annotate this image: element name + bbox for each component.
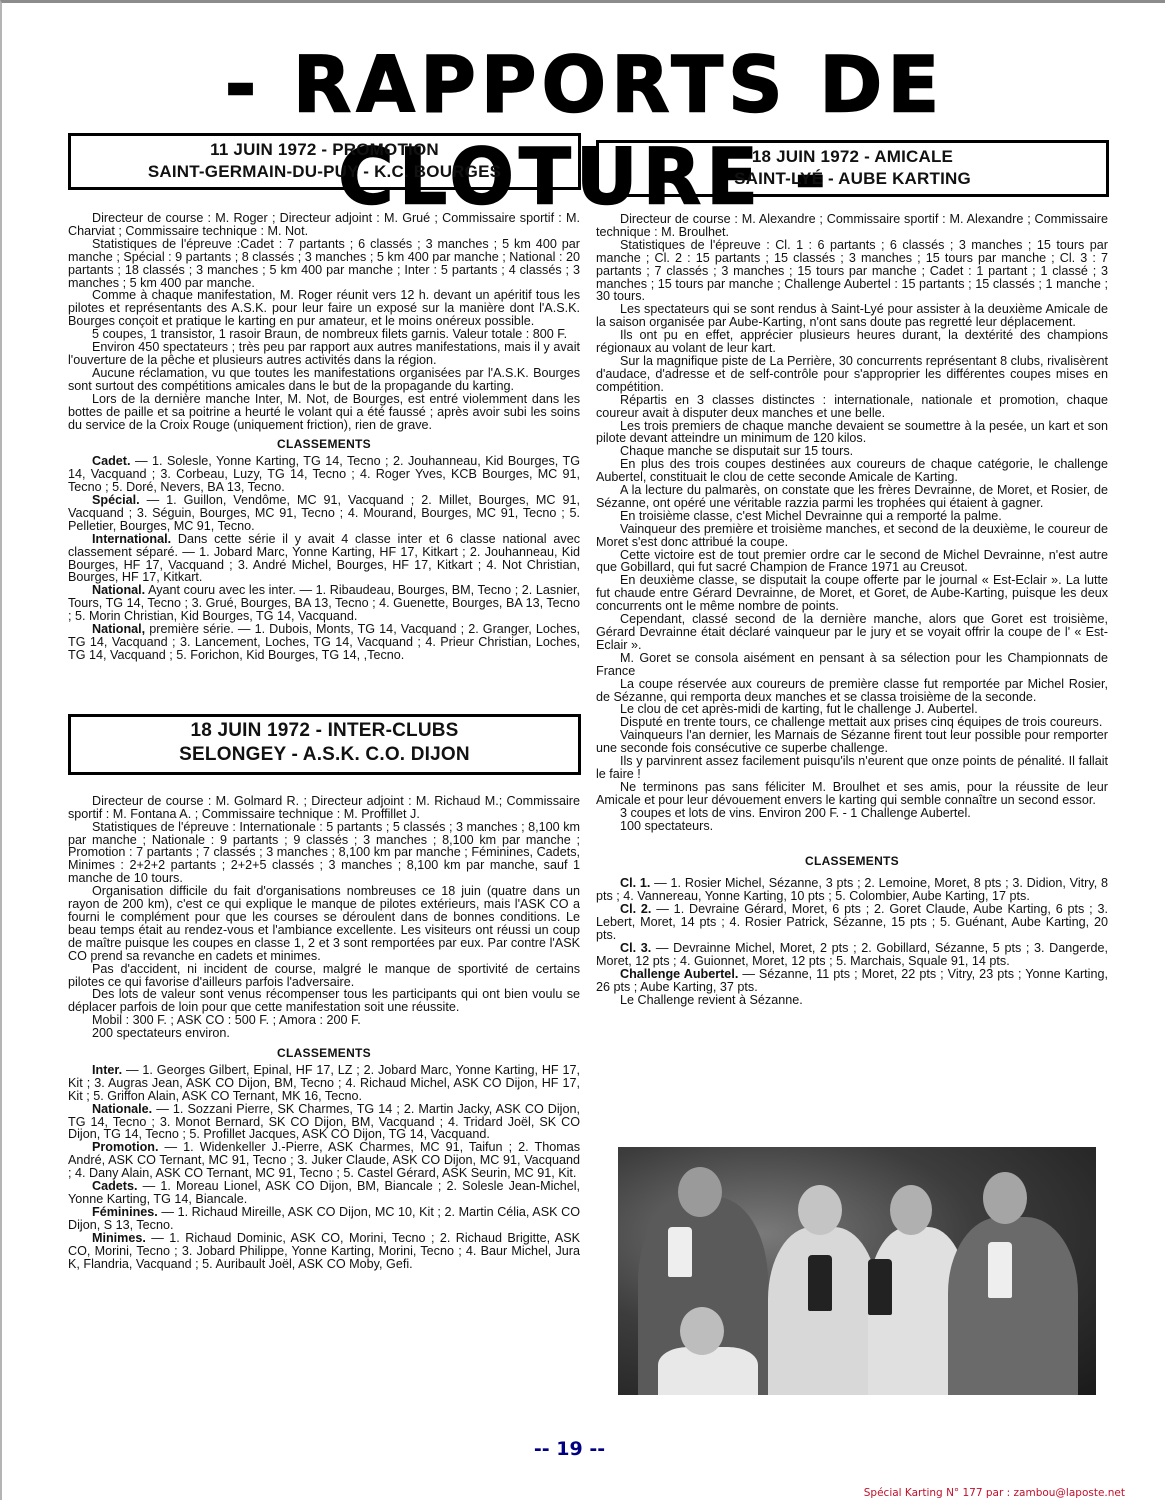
classement-entry: National. Ayant couru avec les inter. — … (68, 584, 580, 623)
figure-driver-4 (948, 1217, 1078, 1395)
paragraph: En plus des trois coupes destinées aux c… (596, 458, 1108, 484)
classement-entry: Cl. 3. — Devrainne Michel, Moret, 2 pts … (596, 942, 1108, 968)
right-column: 18 JUIN 1972 - AMICALE SAINT-LYÉ - AUBE … (596, 133, 1108, 1006)
report-body-promotion: Directeur de course : M. Roger ; Directe… (68, 212, 580, 662)
paragraph: Statistiques de l'épreuve : Internationa… (68, 821, 580, 886)
classement-entry: Spécial. — 1. Guillon, Vendôme, MC 91, V… (68, 494, 580, 533)
classement-entry: Féminines. — 1. Richaud Mireille, ASK CO… (68, 1206, 580, 1232)
page-number: -- 19 -- (0, 1438, 1127, 1460)
paragraph: Des lots de valeur sont venus récompense… (68, 988, 580, 1014)
left-column: 11 JUIN 1972 - PROMOTION SAINT-GERMAIN-D… (68, 133, 580, 1270)
classement-text: Ayant couru avec les inter. — 1. Ribaude… (68, 583, 580, 623)
classement-text: — 1. Rosier Michel, Sézanne, 3 pts ; 2. … (596, 876, 1108, 903)
category-label: Cl. 3. (620, 941, 651, 955)
paragraph: A la lecture du palmarès, on constate qu… (596, 484, 1108, 510)
category-label: International. (92, 532, 171, 546)
figure-head-5 (680, 1307, 724, 1355)
classement-entry: Minimes. — 1. Richaud Dominic, ASK CO, M… (68, 1232, 580, 1271)
category-label: Cl. 1. (620, 876, 650, 890)
paragraph: 3 coupes et lots de vins. Environ 200 F.… (596, 807, 1108, 820)
paragraph: Les trois premiers de chaque manche deva… (596, 420, 1108, 446)
figure-driver-2 (768, 1227, 878, 1395)
classement-entry: Nationale. — 1. Sozzani Pierre, SK Charm… (68, 1103, 580, 1142)
drivers-trophy-photo (618, 1147, 1096, 1395)
category-label: Cadets. (92, 1179, 138, 1193)
closing-line: Le Challenge revient à Sézanne. (596, 994, 1108, 1007)
paragraph: M. Goret se consola aisément en pensant … (596, 652, 1108, 678)
paragraph: Directeur de course : M. Golmard R. ; Di… (68, 795, 580, 821)
classement-entry: Promotion. — 1. Widenkeller J.-Pierre, A… (68, 1141, 580, 1180)
figure-head-1 (678, 1167, 722, 1217)
paragraph: Pas d'accident, ni incident de course, m… (68, 963, 580, 989)
paragraph: Vainqueurs l'an dernier, les Marnais de … (596, 729, 1108, 755)
classement-text: — 1. Solesle, Yonne Karting, TG 14, Tecn… (68, 454, 580, 494)
paragraph: Statistiques de l'épreuve :Cadet : 7 par… (68, 238, 580, 290)
paragraph: Répartis en 3 classes distinctes : inter… (596, 394, 1108, 420)
report-body-inter-clubs: Directeur de course : M. Golmard R. ; Di… (68, 795, 580, 1271)
report-heading-inter-clubs: 18 JUIN 1972 - INTER-CLUBS SELONGEY - A.… (68, 714, 581, 775)
paragraph: Organisation difficile du fait d'organis… (68, 885, 580, 962)
paragraph: Directeur de course : M. Roger ; Directe… (68, 212, 580, 238)
paragraph: Comme à chaque manifestation, M. Roger r… (68, 289, 580, 328)
classement-entry: Cadet. — 1. Solesle, Yonne Karting, TG 1… (68, 455, 580, 494)
category-label: Challenge Aubertel. (620, 967, 738, 981)
trophy-icon (808, 1255, 832, 1311)
report-heading-promotion: 11 JUIN 1972 - PROMOTION SAINT-GERMAIN-D… (68, 133, 581, 190)
figure-head-3 (890, 1185, 932, 1235)
paragraph: En troisième classe, c'est Michel Devrai… (596, 510, 1108, 523)
category-label: Nationale. (92, 1102, 152, 1116)
heading-line-1: 18 JUIN 1972 - INTER-CLUBS (71, 719, 578, 743)
classement-text: — 1. Devraine Gérard, Moret, 6 pts ; 2. … (596, 902, 1108, 942)
paragraph: 100 spectateurs. (596, 820, 1108, 833)
paragraph: Lors de la dernière manche Inter, M. Not… (68, 393, 580, 432)
classements-title: CLASSEMENTS (68, 438, 580, 451)
paragraph: Directeur de course : M. Alexandre ; Com… (596, 213, 1108, 239)
category-label: Minimes. (92, 1231, 146, 1245)
classement-entry: Cl. 2. — 1. Devraine Gérard, Moret, 6 pt… (596, 903, 1108, 942)
report-body-amicale: Directeur de course : M. Alexandre ; Com… (596, 213, 1108, 1006)
paragraph: Ils y parvinrent assez facilement puisqu… (596, 755, 1108, 781)
heading-line-2: SAINT-LYÉ - AUBE KARTING (599, 168, 1106, 190)
classement-entry: Inter. — 1. Georges Gilbert, Epinal, HF … (68, 1064, 580, 1103)
category-label: Promotion. (92, 1140, 158, 1154)
category-label: National, (92, 622, 145, 636)
classement-entry: Cadets. — 1. Moreau Lionel, ASK CO Dijon… (68, 1180, 580, 1206)
heading-line-1: 11 JUIN 1972 - PROMOTION (71, 139, 578, 161)
paragraph: Statistiques de l'épreuve : Cl. 1 : 6 pa… (596, 239, 1108, 304)
classement-text: — Devrainne Michel, Moret, 2 pts ; 2. Go… (596, 941, 1108, 968)
figure-seated-driver (658, 1347, 758, 1395)
report-heading-amicale: 18 JUIN 1972 - AMICALE SAINT-LYÉ - AUBE … (596, 140, 1109, 197)
category-label: Féminines. (92, 1205, 158, 1219)
classement-text: — 1. Moreau Lionel, ASK CO Dijon, BM, Bi… (68, 1179, 580, 1206)
paragraph: Ils ont pu en effet, apprécier plusieurs… (596, 329, 1108, 355)
trophy-icon (868, 1259, 892, 1315)
paragraph: Sur la magnifique piste de La Perrière, … (596, 355, 1108, 394)
trophy-icon (668, 1227, 692, 1277)
paragraph: Ne terminons pas sans féliciter M. Broul… (596, 781, 1108, 807)
category-label: Cl. 2. (620, 902, 651, 916)
paragraph: Cependant, classé second de la dernière … (596, 613, 1108, 652)
category-label: Cadet. (92, 454, 131, 468)
trophy-icon (988, 1242, 1012, 1298)
paragraph: Les spectateurs qui se sont rendus à Sai… (596, 303, 1108, 329)
classement-text: — 1. Georges Gilbert, Epinal, HF 17, LZ … (68, 1063, 580, 1103)
heading-line-2: SELONGEY - A.S.K. C.O. DIJON (71, 743, 578, 767)
classement-entry: Challenge Aubertel. — Sézanne, 11 pts ; … (596, 968, 1108, 994)
paragraph: Cette victoire est de tout premier ordre… (596, 549, 1108, 575)
heading-line-1: 18 JUIN 1972 - AMICALE (599, 146, 1106, 168)
classements-title: CLASSEMENTS (596, 855, 1108, 868)
figure-head-4 (983, 1172, 1027, 1224)
category-label: National. (92, 583, 145, 597)
heading-line-2: SAINT-GERMAIN-DU-PUY - K.C. BOURGES (71, 161, 578, 183)
classement-text: première série. — 1. Dubois, Monts, TG 1… (68, 622, 580, 662)
paragraph: En deuxième classe, se disputait la coup… (596, 574, 1108, 613)
paragraph: Vainqueur des première et troisième manc… (596, 523, 1108, 549)
classement-entry: National, première série. — 1. Dubois, M… (68, 623, 580, 662)
paragraph: Environ 450 spectateurs ; très peu par r… (68, 341, 580, 367)
figure-head-2 (798, 1185, 842, 1235)
classement-text: — 1. Guillon, Vendôme, MC 91, Vacquand ;… (68, 493, 580, 533)
classement-entry: Cl. 1. — 1. Rosier Michel, Sézanne, 3 pt… (596, 877, 1108, 903)
paragraph: Aucune réclamation, vu que toutes les ma… (68, 367, 580, 393)
classements-title: CLASSEMENTS (68, 1047, 580, 1060)
paragraph: 200 spectateurs environ. (68, 1027, 580, 1040)
category-label: Inter. (92, 1063, 122, 1077)
category-label: Spécial. (92, 493, 140, 507)
page-credit: Spécial Karting N° 177 par : zambou@lapo… (864, 1487, 1125, 1499)
paragraph: La coupe réservée aux coureurs de premiè… (596, 678, 1108, 704)
classement-entry: International. Dans cette série il y ava… (68, 533, 580, 585)
